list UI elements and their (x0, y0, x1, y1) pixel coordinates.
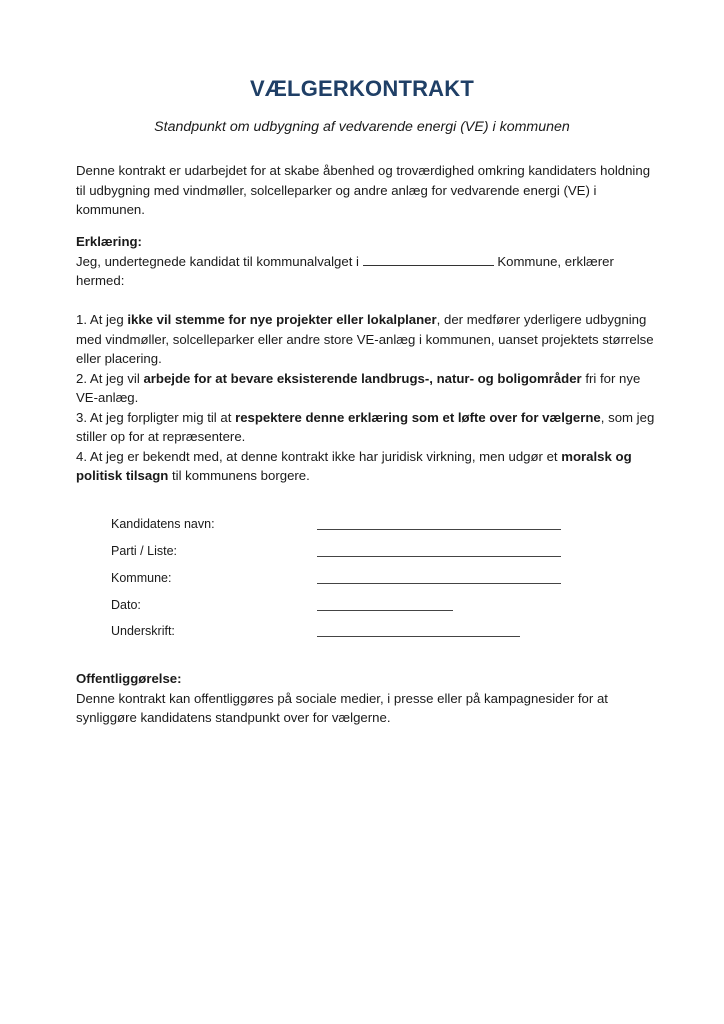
signature-line-party[interactable] (317, 556, 561, 557)
declaration-text-before: Jeg, undertegnede kandidat til kommunalv… (76, 254, 363, 269)
signature-line-name[interactable] (317, 529, 561, 530)
intro-paragraph: Denne kontrakt er udarbejdet for at skab… (76, 161, 656, 220)
signature-line-municipality[interactable] (317, 583, 561, 584)
signature-label-date: Dato: (111, 598, 141, 612)
declaration-item: 2. At jeg vil arbejde for at bevare eksi… (76, 369, 656, 408)
signature-line-date[interactable] (317, 610, 453, 611)
document-subtitle: Standpunkt om udbygning af vedvarende en… (0, 119, 724, 135)
declaration-items: 1. At jeg ikke vil stemme for nye projek… (76, 310, 656, 486)
declaration-item: 4. At jeg er bekendt med, at denne kontr… (76, 447, 656, 486)
publication-heading: Offentliggørelse: (76, 669, 656, 689)
document-title: VÆLGERKONTRAKT (0, 76, 724, 102)
signature-line-signature[interactable] (317, 636, 520, 637)
declaration-item: 1. At jeg ikke vil stemme for nye projek… (76, 310, 656, 369)
signature-label-name: Kandidatens navn: (111, 517, 215, 531)
declaration-heading: Erklæring: (76, 232, 656, 252)
signature-label-signature: Underskrift: (111, 624, 175, 638)
signature-label-municipality: Kommune: (111, 571, 171, 585)
declaration-text: Jeg, undertegnede kandidat til kommunalv… (76, 252, 656, 291)
publication-section: Offentliggørelse: Denne kontrakt kan off… (76, 669, 656, 728)
municipality-blank-field[interactable] (363, 252, 494, 266)
publication-text: Denne kontrakt kan offentliggøres på soc… (76, 689, 656, 728)
declaration-item: 3. At jeg forpligter mig til at respekte… (76, 408, 656, 447)
signature-label-party: Parti / Liste: (111, 544, 177, 558)
declaration-section: Erklæring: Jeg, undertegnede kandidat ti… (76, 232, 656, 291)
